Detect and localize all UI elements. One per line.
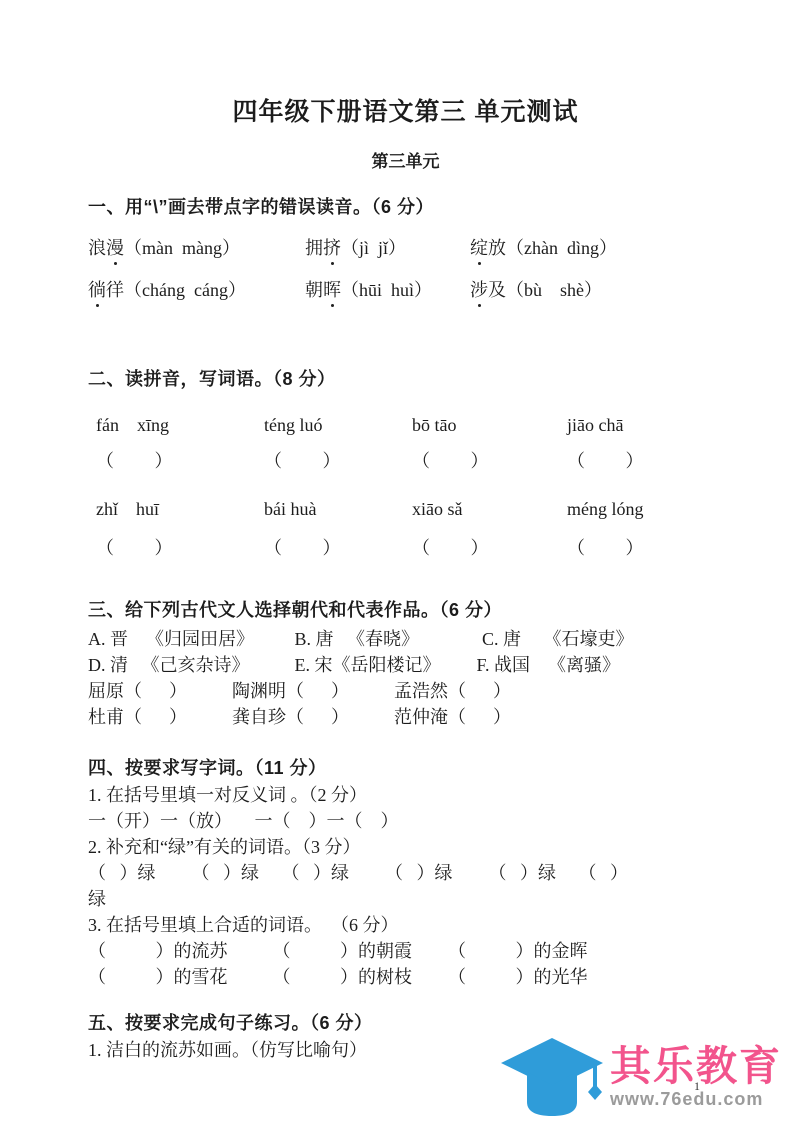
dotted-char: 涉	[470, 277, 488, 303]
dotted-char: 徜	[88, 277, 106, 303]
pinyin-options: （bù shè）	[506, 280, 602, 300]
dotted-char: 绽	[470, 235, 488, 261]
word-text: 朝	[305, 280, 323, 300]
dotted-char: 漫	[106, 235, 124, 261]
pinyin-cue: xiāo sǎ	[412, 499, 567, 520]
pinyin-options: （màn màng）	[124, 238, 240, 258]
word-item: 浪漫（màn màng）	[88, 235, 305, 261]
pinyin-cue: bō tāo	[412, 415, 567, 436]
fill-blank-line: （ ）的雪花 （ ）的树枝 （ ）的光华	[88, 964, 723, 990]
answer-blank-row-1: （ ） （ ） （ ） （ ）	[88, 447, 723, 473]
pinyin-options: （jì jǐ）	[341, 238, 406, 258]
pinyin-row-1: fán xīng téng luó bō tāo jiāo chā	[88, 415, 723, 436]
section-5-heading: 五、按要求完成句子练习。（6 分）	[88, 1009, 723, 1035]
answer-blank: （ ）	[96, 447, 264, 473]
pinyin-cue: bái huà	[264, 499, 412, 520]
word-text: 拥	[305, 238, 323, 258]
subquestion-line: 1. 在括号里填一对反义词 。（2 分）	[88, 782, 723, 808]
option-line: D. 清 《己亥杂诗》 E. 宋《岳阳楼记》 F. 战国 《离骚》	[88, 652, 723, 678]
fill-blank-line: 一（开）一（放） 一（ ）一（ ）	[88, 808, 723, 834]
answer-blank: （ ）	[264, 534, 412, 560]
dotted-char: 挤	[323, 235, 341, 261]
pinyin-options: （hūi huì）	[341, 280, 432, 300]
fill-blank-line: （ ）绿 （ ）绿 （ ）绿 （ ）绿 （ ）绿 （ ）	[88, 860, 723, 886]
section-3-body: A. 晋 《归园田居》 B. 唐 《春晓》 C. 唐 《石壕吏》 D. 清 《己…	[88, 626, 723, 730]
word-item: 绽放（zhàn dìng）	[470, 235, 617, 261]
page-subtitle: 第三单元	[88, 147, 723, 172]
subquestion-line: 2. 补充和“绿”有关的词语。（3 分）	[88, 834, 723, 860]
pinyin-row-2: zhǐ huī bái huà xiāo sǎ méng lóng	[88, 499, 723, 520]
answer-blank: （ ）	[264, 447, 412, 473]
page-number: 1	[694, 1079, 700, 1094]
section-4-body: 1. 在括号里填一对反义词 。（2 分） 一（开）一（放） 一（ ）一（ ） 2…	[88, 782, 723, 990]
word-text: 浪	[88, 238, 106, 258]
section-4-heading: 四、按要求写字词。（11 分）	[88, 754, 723, 780]
word-text: 放	[488, 238, 506, 258]
pinyin-options: （zhàn dìng）	[506, 238, 617, 258]
graduation-cap-icon	[500, 1036, 604, 1122]
section-2-heading: 二、读拼音，写词语。（8 分）	[88, 365, 723, 391]
word-item: 拥挤（jì jǐ）	[305, 235, 470, 261]
pinyin-cue: jiāo chā	[567, 415, 623, 436]
word-item: 朝晖（hūi huì）	[305, 277, 470, 303]
word-item: 涉及（bù shè）	[470, 277, 602, 303]
answer-blank-row-2: （ ） （ ） （ ） （ ）	[88, 534, 723, 560]
subquestion-line: 3. 在括号里填上合适的词语。 （6 分）	[88, 912, 723, 938]
section-1-row-2: 徜徉（cháng cáng） 朝晖（hūi huì） 涉及（bù shè）	[88, 277, 723, 303]
fill-blank-line: （ ）的流苏 （ ）的朝霞 （ ）的金晖	[88, 938, 723, 964]
match-line: 杜甫（ ） 龚自珍（ ） 范仲淹（ ）	[88, 704, 723, 730]
worksheet-page: 四年级下册语文第三 单元测试 第三单元 一、用“\”画去带点字的错误读音。（6 …	[0, 0, 793, 1063]
answer-blank: （ ）	[567, 447, 644, 473]
brand-text-block: 其乐教育 www.76edu.com	[610, 1044, 782, 1109]
word-item: 徜徉（cháng cáng）	[88, 277, 305, 303]
section-1-row-1: 浪漫（màn màng） 拥挤（jì jǐ） 绽放（zhàn dìng）	[88, 235, 723, 261]
match-line: 屈原（ ） 陶渊明（ ） 孟浩然（ ）	[88, 678, 723, 704]
fill-blank-line: 绿	[88, 886, 723, 912]
pinyin-cue: méng lóng	[567, 499, 644, 520]
pinyin-cue: zhǐ huī	[96, 499, 264, 520]
pinyin-cue: fán xīng	[96, 415, 264, 436]
answer-blank: （ ）	[412, 447, 567, 473]
section-1-heading: 一、用“\”画去带点字的错误读音。（6 分）	[88, 193, 723, 219]
page-title: 四年级下册语文第三 单元测试	[88, 92, 723, 128]
section-3-heading: 三、给下列古代文人选择朝代和代表作品。（6 分）	[88, 596, 723, 622]
answer-blank: （ ）	[96, 534, 264, 560]
brand-logo: 其乐教育 www.76edu.com	[500, 1036, 782, 1122]
answer-blank: （ ）	[567, 534, 644, 560]
answer-blank: （ ）	[412, 534, 567, 560]
pinyin-cue: téng luó	[264, 415, 412, 436]
word-text: 及	[488, 280, 506, 300]
word-text: 徉	[106, 280, 124, 300]
pinyin-options: （cháng cáng）	[124, 280, 246, 300]
option-line: A. 晋 《归园田居》 B. 唐 《春晓》 C. 唐 《石壕吏》	[88, 626, 723, 652]
dotted-char: 晖	[323, 277, 341, 303]
